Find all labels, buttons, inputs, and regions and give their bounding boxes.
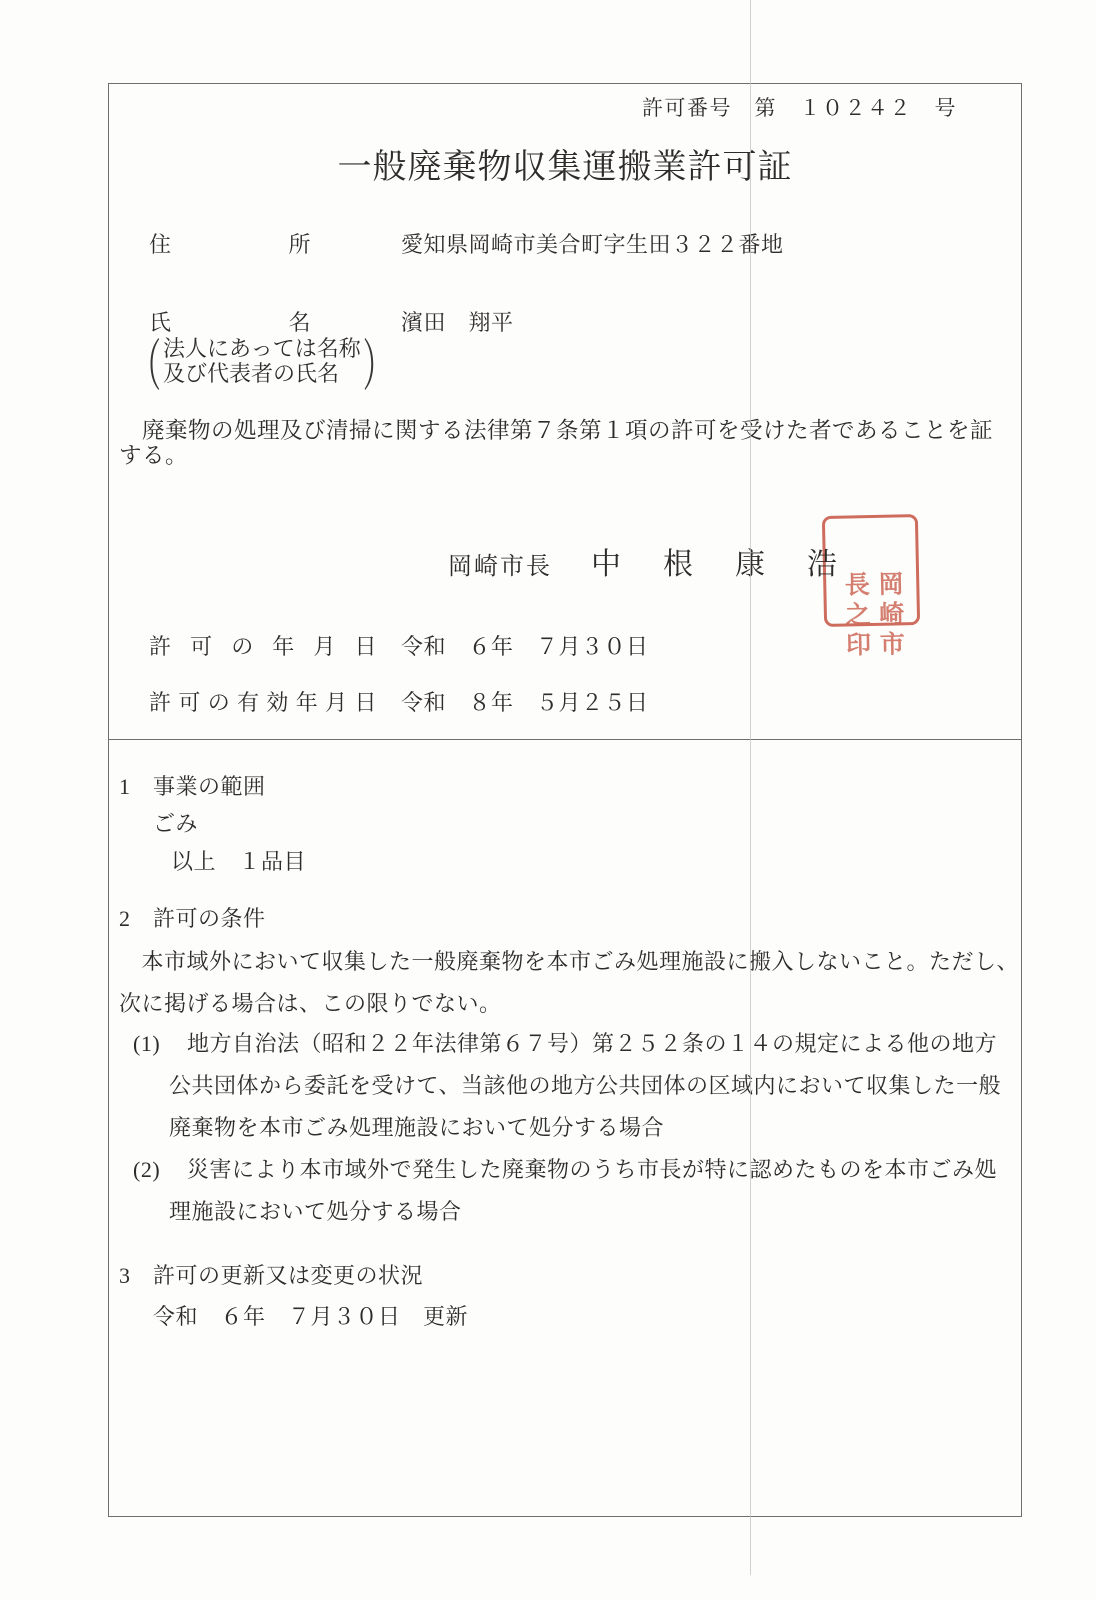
close-paren: ） [363, 320, 393, 401]
section1-title: 事業の範囲 [153, 774, 266, 799]
section1-item: ごみ [153, 811, 198, 836]
seal-column-right: 岡崎市 [875, 570, 904, 661]
section2-item1-marker: (1) [133, 1031, 160, 1056]
permit-number: 許可番号 第 １０２４２ 号 [642, 96, 957, 120]
corporate-note-line1: 法人にあっては名称 [163, 336, 361, 361]
valid-date-label: 許可の有効年月日 [149, 690, 377, 715]
section1-total: 以上 １品目 [171, 849, 306, 874]
scanned-permit-document: 許可番号 第 １０２４２ 号 一般廃棄物収集運搬業許可証 住所 愛知県岡崎市美合… [0, 0, 1096, 1600]
issuer-name: 中 根 康 浩 [591, 548, 843, 583]
section3-number: 3 [119, 1263, 131, 1288]
section2-item1-line1: 地方自治法（昭和２２年法律第６７号）第２５２条の１４の規定による他の地方 [187, 1031, 997, 1056]
section2-intro-line2: 次に掲げる場合は、この限りでない。 [119, 991, 502, 1016]
issue-date-value: 令和 ６年 ７月３０日 [401, 634, 649, 659]
section2-number: 2 [119, 906, 131, 931]
scan-fold-line [750, 0, 751, 1575]
section2-item2-marker: (2) [133, 1157, 160, 1182]
address-label: 住所 [149, 232, 311, 257]
certification-text-line1: 廃棄物の処理及び清掃に関する法律第７条第１項の許可を受けた者であることを証 [119, 418, 993, 444]
section3-renewal-date: 令和 ６年 ７月３０日 更新 [153, 1304, 468, 1329]
valid-date-value: 令和 ８年 ５月２５日 [401, 690, 649, 715]
section2-item1-line3: 廃棄物を本市ごみ処理施設において処分する場合 [169, 1115, 664, 1140]
name-value: 濱田 翔平 [401, 310, 514, 335]
section3-title: 許可の更新又は変更の状況 [153, 1263, 423, 1288]
issuer-title: 岡崎市長 [448, 554, 552, 582]
issue-date-label: 許可の年月日 [149, 634, 377, 659]
section1-number: 1 [119, 774, 131, 799]
corporate-note-line2: 及び代表者の氏名 [163, 361, 361, 386]
seal-column-left: 長之印 [841, 571, 870, 662]
section2-title: 許可の条件 [153, 906, 266, 931]
section-divider-line [109, 739, 1021, 740]
address-value: 愛知県岡崎市美合町字生田３２２番地 [401, 232, 784, 257]
certificate-border-box: 許可番号 第 １０２４２ 号 一般廃棄物収集運搬業許可証 住所 愛知県岡崎市美合… [108, 83, 1022, 1517]
open-paren: （ [131, 320, 161, 401]
corporate-note: （ 法人にあっては名称 及び代表者の氏名 ） [131, 336, 393, 386]
name-label: 氏名 [149, 310, 311, 335]
certification-text-line2: する。 [119, 443, 188, 469]
section2-intro-line1: 本市域外において収集した一般廃棄物を本市ごみ処理施設に搬入しないこと。ただし、 [119, 949, 1019, 974]
section2-item2-line1: 災害により本市域外で発生した廃棄物のうち市長が特に認めたものを本市ごみ処 [187, 1157, 997, 1182]
section2-item1-line2: 公共団体から委託を受けて、当該他の地方公共団体の区域内において収集した一般 [169, 1073, 1001, 1098]
section2-item2-line2: 理施設において処分する場合 [169, 1199, 462, 1224]
document-title: 一般廃棄物収集運搬業許可証 [109, 148, 1021, 187]
